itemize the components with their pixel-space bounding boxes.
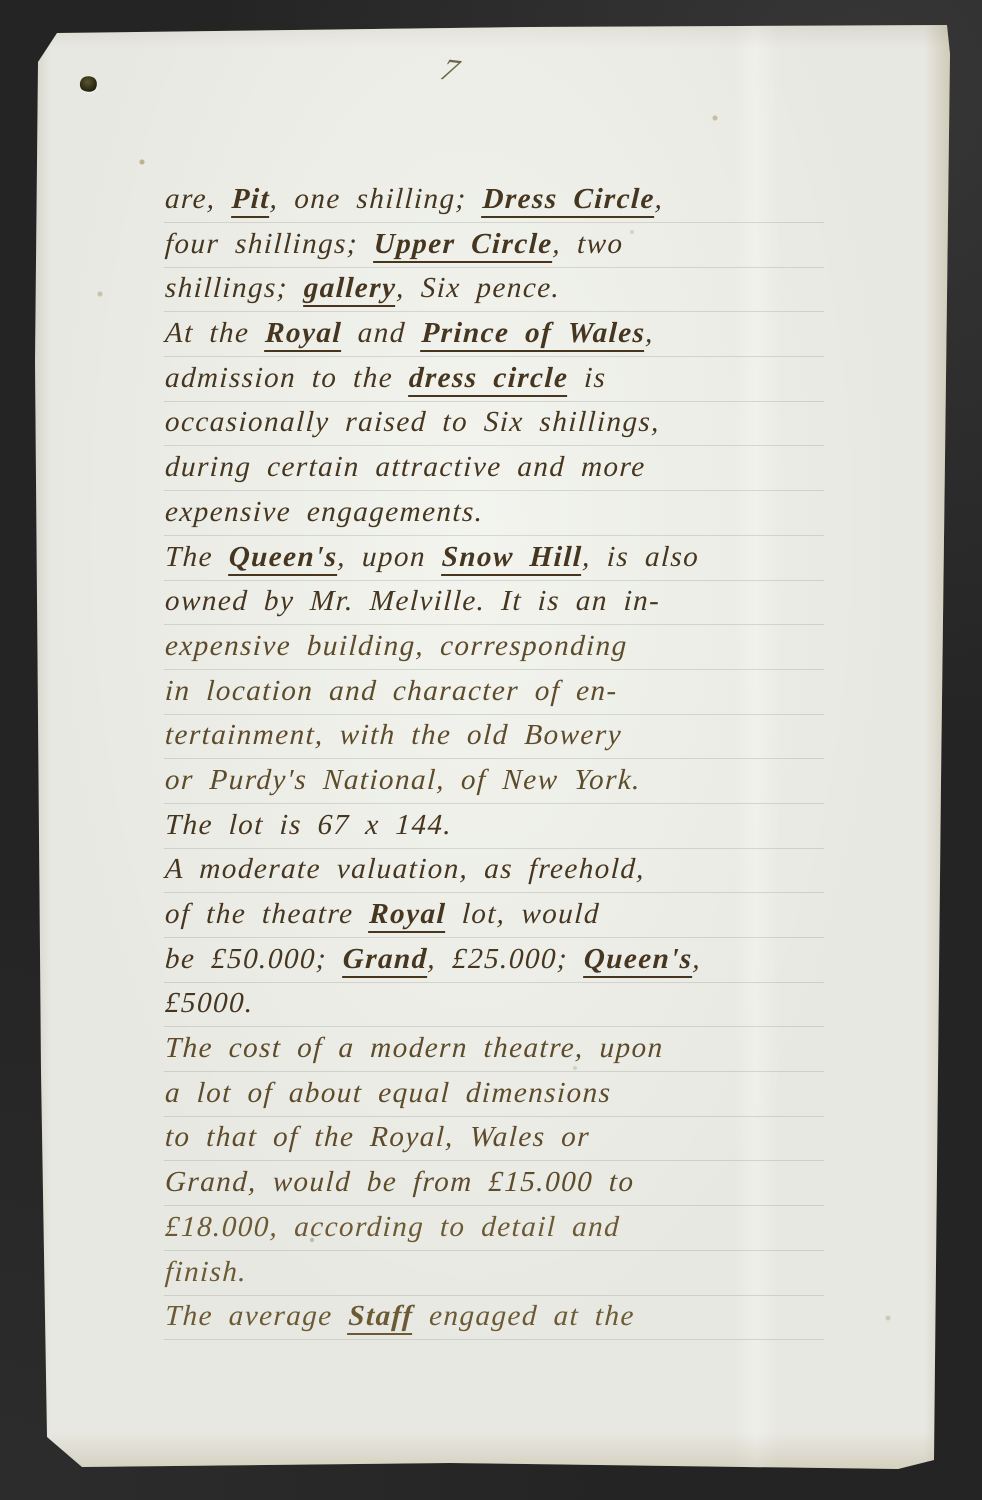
text-segment: in location and character of en- — [164, 675, 618, 707]
text-segment: shillings; — [164, 272, 304, 304]
text-segment: of the theatre — [164, 898, 370, 930]
text-segment: expensive building, corresponding — [164, 630, 628, 662]
text-segment: The — [164, 541, 229, 573]
manuscript-line: admission to the dress circle is — [164, 357, 826, 402]
manuscript-line: during certain attractive and more — [164, 446, 826, 491]
text-segment: a lot of about equal dimensions — [164, 1077, 612, 1109]
text-segment: , £25.000; — [427, 943, 585, 975]
text-segment: are, — [164, 183, 232, 215]
manuscript-line: The average Staff engaged at the — [164, 1295, 826, 1340]
underlined-word: Queen's — [583, 943, 694, 978]
text-segment: and — [341, 317, 422, 349]
manuscript-line: At the Royal and Prince of Wales, — [164, 312, 826, 357]
manuscript-line: are, Pit, one shilling; Dress Circle, — [164, 178, 826, 223]
manuscript-line: finish. — [164, 1251, 826, 1296]
text-segment: , Six pence. — [396, 272, 562, 304]
manuscript-line: expensive building, corresponding — [164, 625, 826, 670]
underlined-word: gallery — [303, 272, 397, 307]
text-segment: A moderate valuation, as freehold, — [164, 853, 646, 885]
manuscript-line: The Queen's, upon Snow Hill, is also — [164, 536, 826, 581]
text-segment: , — [654, 183, 664, 215]
manuscript-line: to that of the Royal, Wales or — [164, 1116, 826, 1161]
text-segment: Grand, would be from £15.000 to — [164, 1166, 635, 1198]
underlined-word: Dress Circle — [482, 183, 656, 218]
manuscript-line: £5000. — [164, 982, 826, 1027]
manuscript-line: shillings; gallery, Six pence. — [164, 267, 826, 312]
text-segment: finish. — [164, 1256, 248, 1288]
text-segment: £5000. — [164, 987, 254, 1019]
manuscript-line: The cost of a modern theatre, upon — [164, 1027, 826, 1072]
underlined-word: Queen's — [228, 541, 339, 576]
text-segment: tertainment, with the old Bowery — [164, 719, 623, 751]
text-segment: , upon — [337, 541, 443, 573]
text-segment: during certain attractive and more — [164, 451, 646, 483]
text-segment: or Purdy's National, of New York. — [164, 764, 642, 796]
manuscript-line: Grand, would be from £15.000 to — [164, 1161, 826, 1206]
manuscript-text: are, Pit, one shilling; Dress Circle,fou… — [165, 178, 825, 1340]
text-segment: to that of the Royal, Wales or — [164, 1121, 591, 1153]
underlined-word: Upper Circle — [373, 228, 554, 263]
text-segment: is — [568, 362, 608, 394]
manuscript-line: expensive engagements. — [164, 491, 826, 536]
text-segment: lot, would — [445, 898, 600, 930]
text-segment: The average — [164, 1300, 349, 1332]
manuscript-line: owned by Mr. Melville. It is an in- — [164, 580, 826, 625]
text-segment: At the — [164, 317, 266, 349]
manuscript-line: tertainment, with the old Bowery — [164, 714, 826, 759]
manuscript-line: A moderate valuation, as freehold, — [164, 848, 826, 893]
text-segment: four shillings; — [164, 228, 374, 260]
text-segment: expensive engagements. — [164, 496, 484, 528]
manuscript-line: The lot is 67 x 144. — [164, 804, 826, 849]
underlined-word: Staff — [347, 1300, 414, 1335]
manuscript-line: be £50.000; Grand, £25.000; Queen's, — [164, 938, 826, 983]
manuscript-line: £18.000, according to detail and — [164, 1206, 826, 1251]
underlined-word: Snow Hill — [441, 541, 583, 576]
text-segment: owned by Mr. Melville. It is an in- — [164, 585, 661, 617]
text-segment: , — [645, 317, 655, 349]
text-segment: , two — [552, 228, 625, 260]
text-segment: , one shilling; — [269, 183, 483, 215]
underlined-word: Royal — [368, 898, 447, 933]
text-segment: The cost of a modern theatre, upon — [164, 1032, 664, 1064]
text-segment: £18.000, according to detail and — [164, 1211, 621, 1243]
underlined-word: Prince of Wales — [421, 317, 647, 352]
manuscript-line: or Purdy's National, of New York. — [164, 759, 826, 804]
page-number: 7 — [436, 52, 463, 89]
text-segment: The lot is 67 x 144. — [164, 809, 453, 841]
text-segment: admission to the — [164, 362, 410, 394]
text-segment: , is also — [582, 541, 701, 573]
photo-backdrop: 7 are, Pit, one shilling; Dress Circle,f… — [0, 0, 982, 1500]
text-segment: , — [692, 943, 702, 975]
manuscript-line: four shillings; Upper Circle, two — [164, 223, 826, 268]
manuscript-line: of the theatre Royal lot, would — [164, 893, 826, 938]
manuscript-page: 7 are, Pit, one shilling; Dress Circle,f… — [30, 22, 950, 1470]
underlined-word: Royal — [264, 317, 343, 352]
text-segment: occasionally raised to Six shillings, — [164, 406, 661, 438]
punch-hole — [77, 73, 99, 95]
text-segment: engaged at the — [413, 1300, 636, 1332]
manuscript-line: in location and character of en- — [164, 670, 826, 715]
manuscript-line: a lot of about equal dimensions — [164, 1072, 826, 1117]
underlined-word: dress circle — [408, 362, 569, 397]
text-segment: be £50.000; — [164, 943, 343, 975]
manuscript-line: occasionally raised to Six shillings, — [164, 401, 826, 446]
underlined-word: Grand — [342, 943, 429, 978]
underlined-word: Pit — [231, 183, 271, 218]
